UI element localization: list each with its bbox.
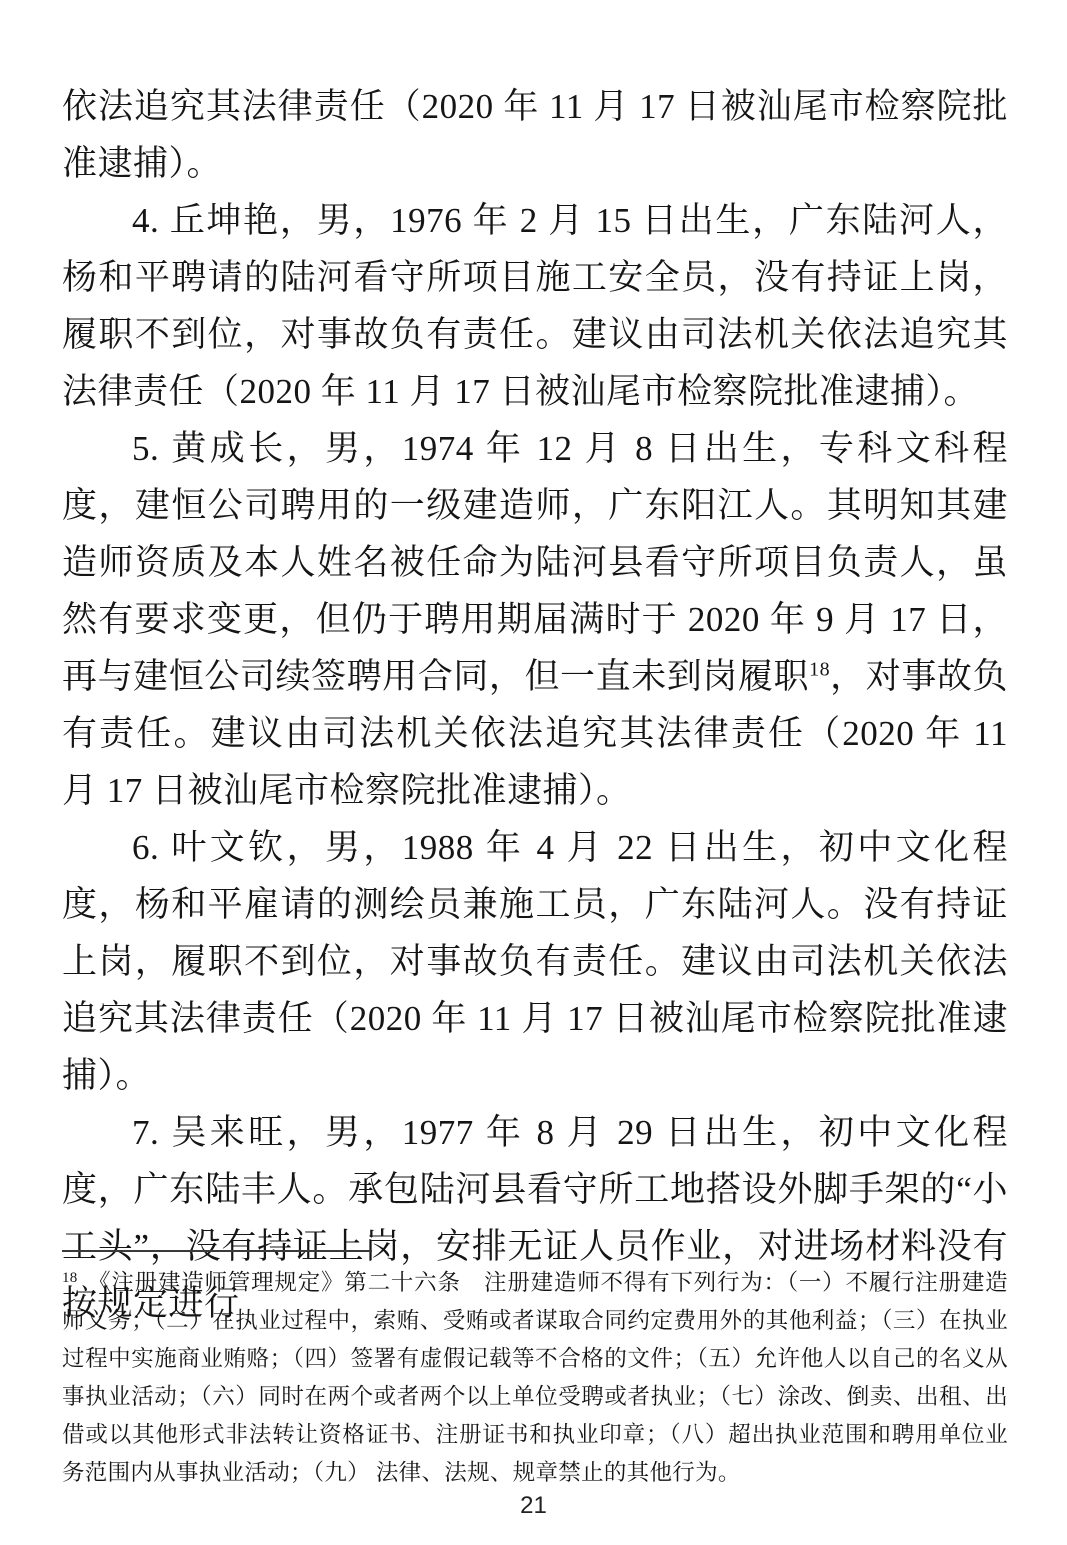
footnote-18-text: 《注册建造师管理规定》第二十六条 注册建造师不得有下列行为：（一）不履行注册建造…	[62, 1270, 1008, 1485]
body-paragraph-continuation: 依法追究其法律责任（2020 年 11 月 17 日被汕尾市检察院批准逮捕）。	[62, 78, 1008, 192]
document-page: 依法追究其法律责任（2020 年 11 月 17 日被汕尾市检察院批准逮捕）。 …	[0, 0, 1067, 1545]
body-paragraph-item-6: 6. 叶文钦，男，1988 年 4 月 22 日出生，初中文化程度，杨和平雇请的…	[62, 819, 1008, 1104]
body-paragraph-item-5: 5. 黄成长，男，1974 年 12 月 8 日出生，专科文科程度，建恒公司聘用…	[62, 420, 1008, 819]
footnote-18: 18《注册建造师管理规定》第二十六条 注册建造师不得有下列行为：（一）不履行注册…	[62, 1264, 1008, 1492]
paragraph-5-text-before-ref: 5. 黄成长，男，1974 年 12 月 8 日出生，专科文科程度，建恒公司聘用…	[62, 429, 1008, 696]
footnote-section: 18《注册建造师管理规定》第二十六条 注册建造师不得有下列行为：（一）不履行注册…	[62, 1250, 1008, 1492]
page-number: 21	[0, 1492, 1067, 1520]
footnote-marker-18: 18	[62, 1270, 88, 1286]
footnote-reference-18: 18	[809, 658, 830, 680]
document-body: 依法追究其法律责任（2020 年 11 月 17 日被汕尾市检察院批准逮捕）。 …	[62, 78, 1008, 1332]
body-paragraph-item-4: 4. 丘坤艳，男，1976 年 2 月 15 日出生，广东陆河人，杨和平聘请的陆…	[62, 192, 1008, 420]
footnote-separator	[62, 1250, 372, 1252]
